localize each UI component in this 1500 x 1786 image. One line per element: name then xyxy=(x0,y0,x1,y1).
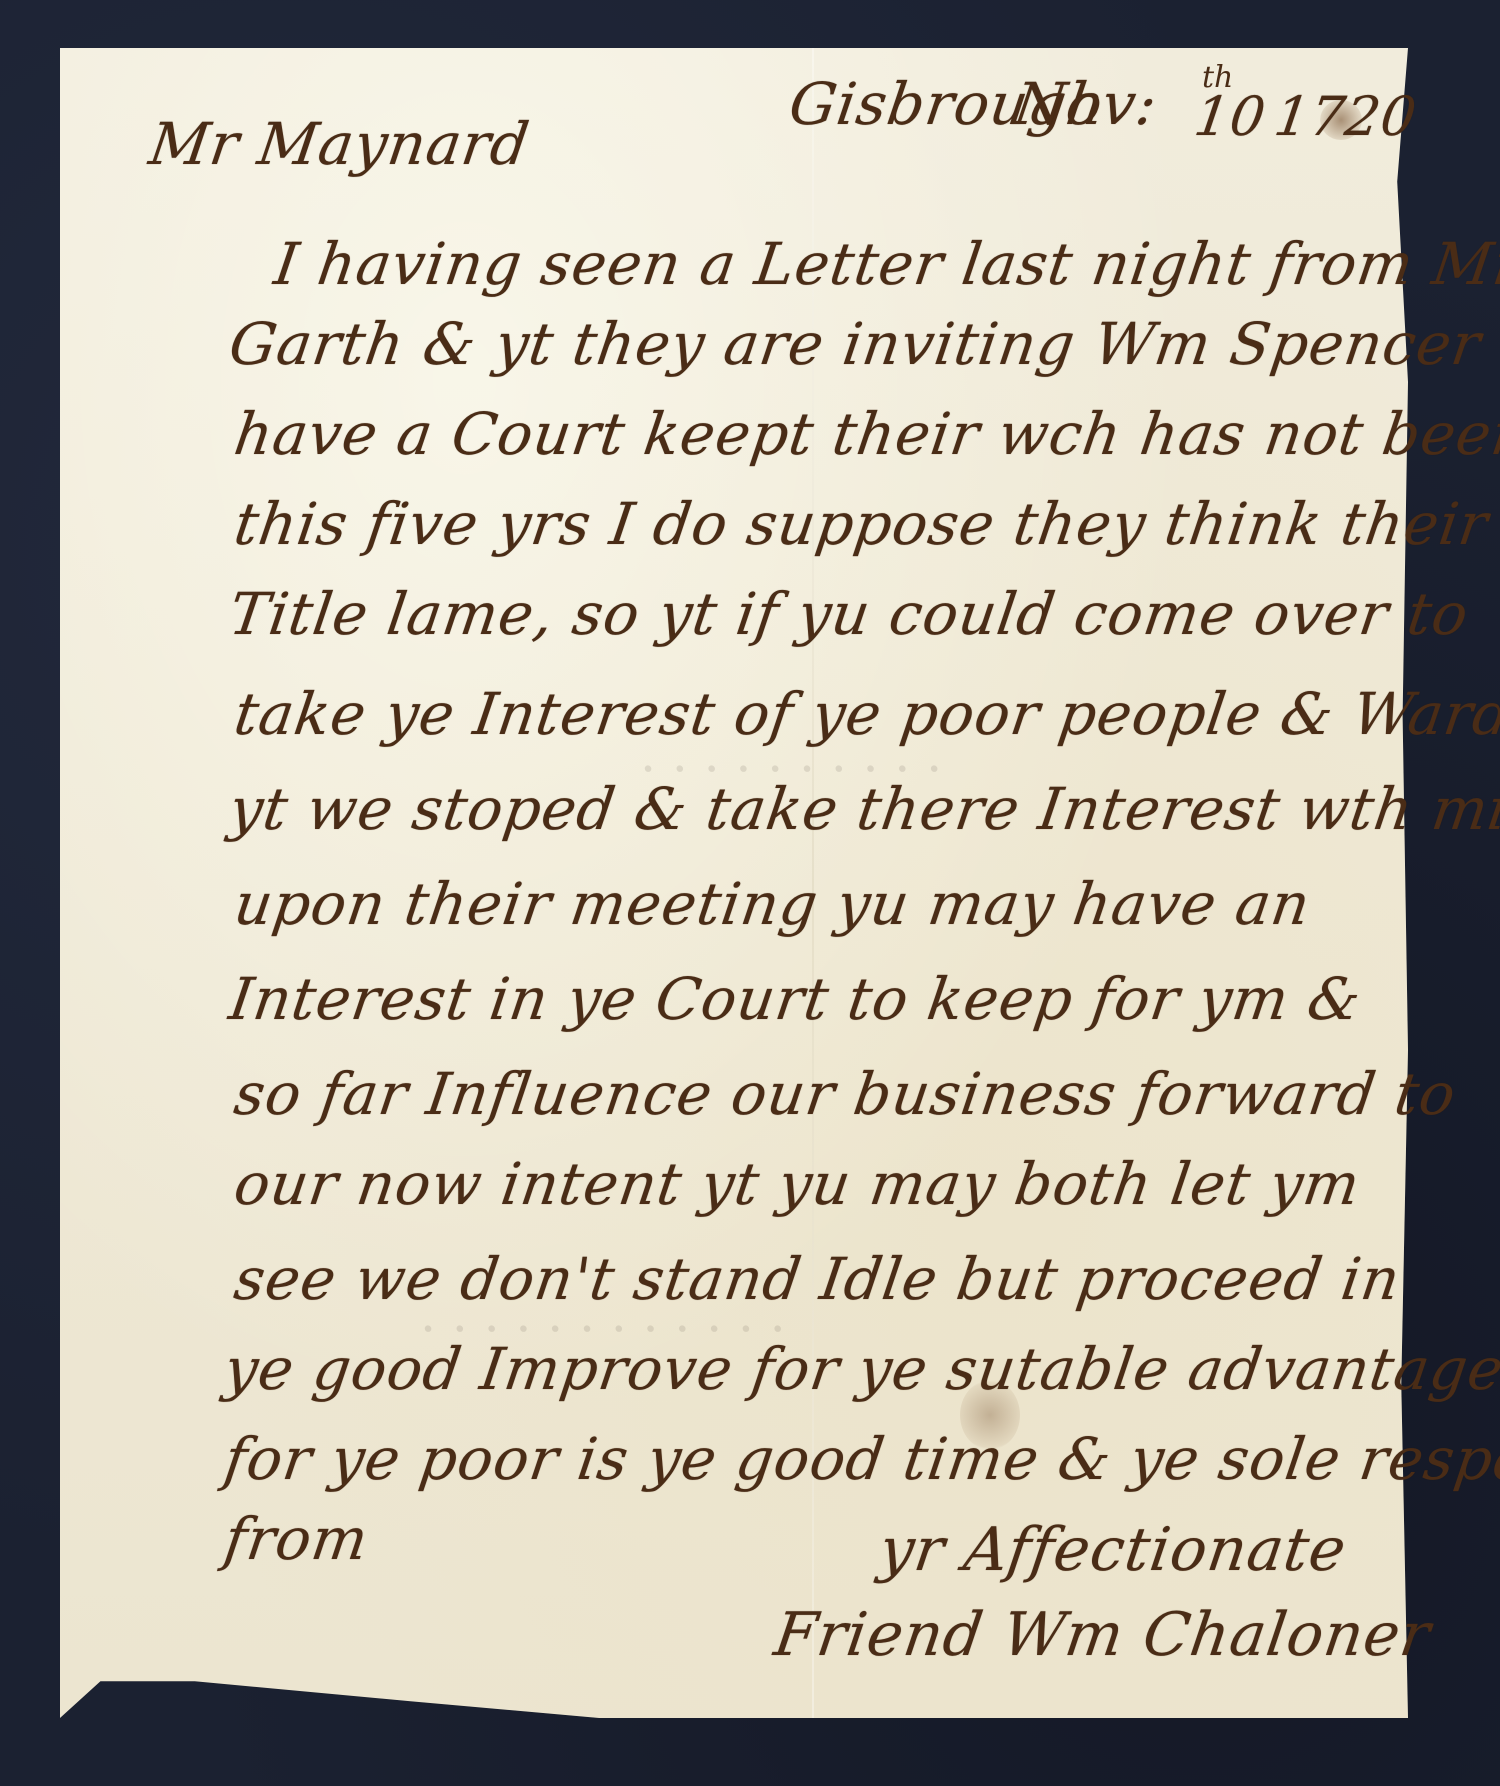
letter-body-line-3: have a Court keept their wch has not bee… xyxy=(230,400,1500,468)
letter-date-year: 1720 xyxy=(1271,85,1421,148)
letter-body-line-1: I having seen a Letter last night from M… xyxy=(270,230,1500,298)
letter-body-line-11: our now intent yt yu may both let ym xyxy=(230,1150,1364,1218)
letter-body-line-14: for ye poor is ye good time & ye sole re… xyxy=(220,1425,1500,1493)
letter-signature: Friend Wm Chaloner xyxy=(770,1600,1435,1670)
letter-body-line-4: this five yrs I do suppose they think th… xyxy=(230,490,1492,558)
letter-salutation: Mr Maynard xyxy=(145,110,534,178)
letter-body-line-2: Garth & yt they are inviting Wm Spencer … xyxy=(225,310,1500,378)
letter-closing: yr Affectionate xyxy=(875,1515,1351,1585)
letter-body-line-10: so far Influence our business forward to xyxy=(230,1060,1460,1128)
letter-body-line-13: ye good Improve for ye sutable advantage xyxy=(220,1335,1500,1403)
letter-body-line-6: take ye Interest of ye poor people & War… xyxy=(230,680,1500,748)
letter-body-line-5: Title lame, so yt if yu could come over … xyxy=(225,580,1473,648)
letter-body-line-15: from xyxy=(220,1505,373,1573)
letter-body-line-12: see we don't stand Idle but proceed in xyxy=(230,1245,1404,1313)
letter-body-line-7: yt we stoped & take there Interest wth m… xyxy=(225,775,1500,843)
letter-body-line-8: upon their meeting yu may have an xyxy=(230,870,1315,938)
letter-date-day: 10 xyxy=(1191,85,1271,148)
letter-body-line-9: Interest in ye Court to keep for ym & xyxy=(225,965,1365,1033)
letter-date-month: Nov: xyxy=(1010,70,1162,138)
